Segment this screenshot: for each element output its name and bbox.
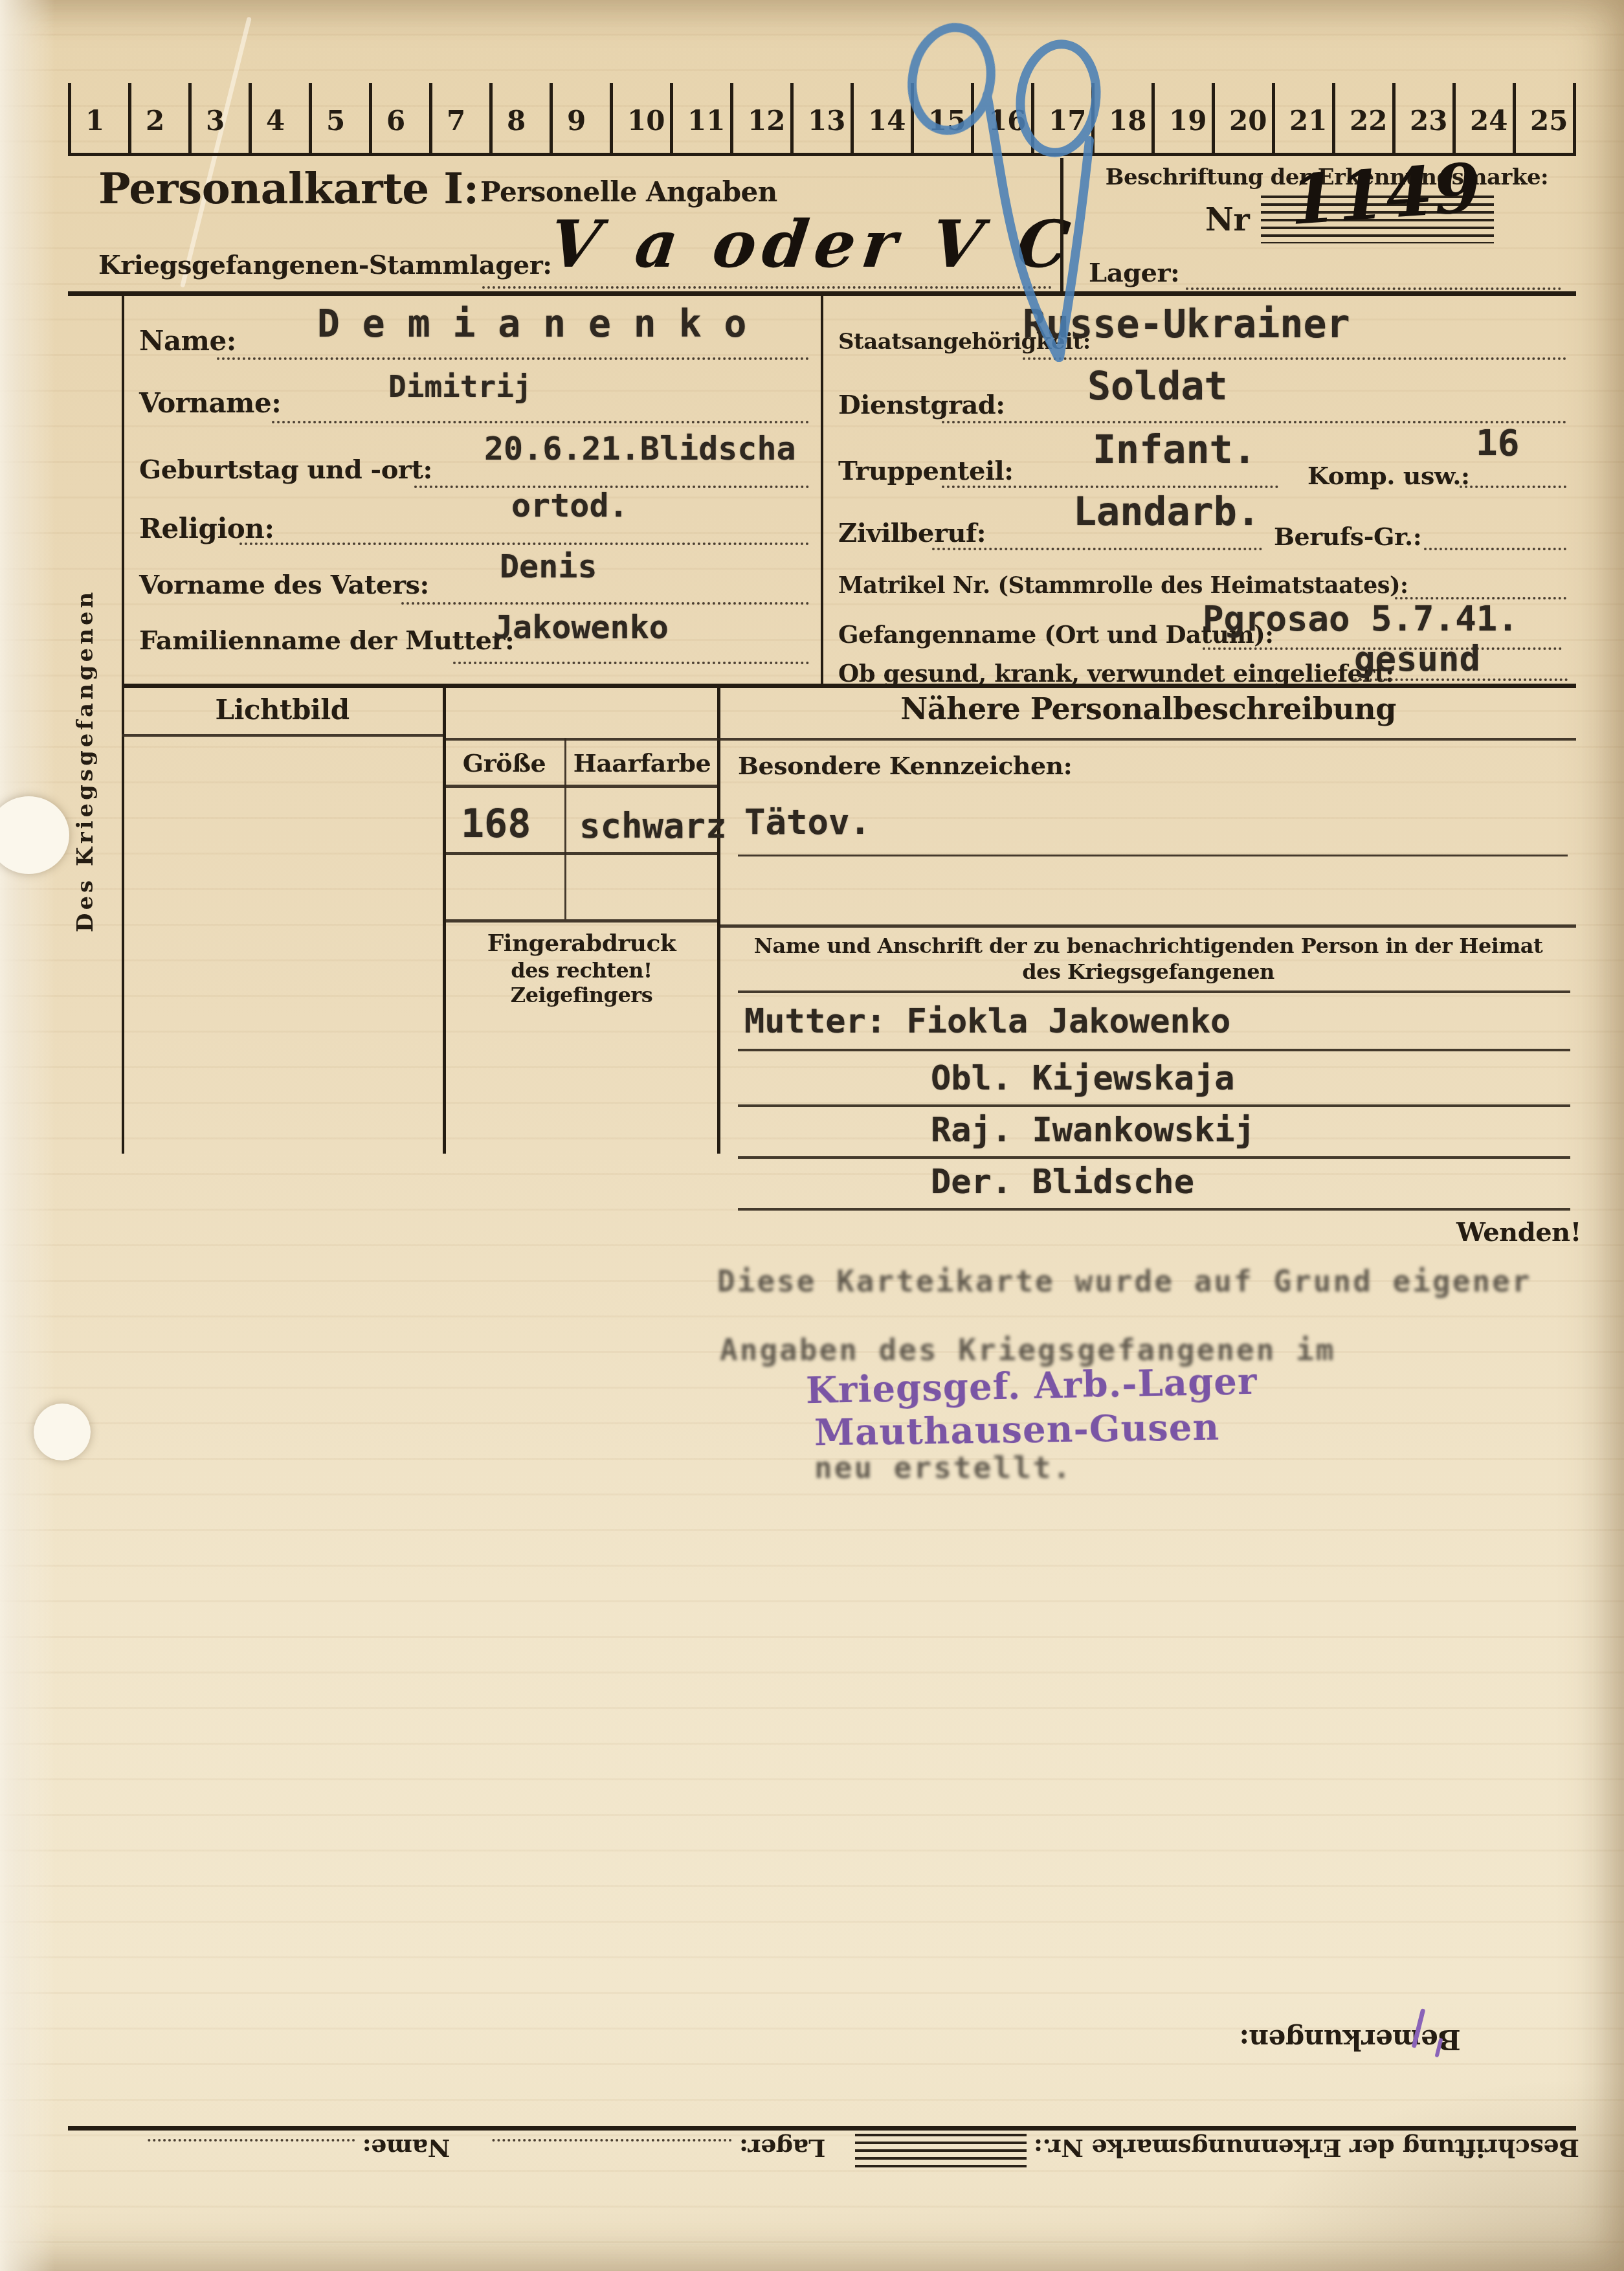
ruler: 1234567891011121314151617181920212223242… [68,83,1576,153]
contact-line: Raj. Iwankowskij [931,1111,1255,1150]
page-subtitle: Personelle Angaben [480,176,777,208]
contact-header-line1: Name und Anschrift der zu benachrichtige… [720,934,1576,958]
footer-name-label: Name: [362,2134,450,2163]
description-title-underline [446,738,1576,741]
contact-header-rule [738,990,1570,993]
contact-line: Mutter: Fiokla Jakowenko [744,1002,1230,1041]
field-line [453,662,809,664]
stamp-purple-line2: Mauthausen-Gusen [814,1406,1220,1455]
field-value: D e m i a n e n k o [317,302,746,346]
contact-rule [738,1049,1570,1051]
ruler-cell: 8 [489,83,550,153]
ruler-cell: 12 [730,83,790,153]
fingerprint-label-line2: des rechten! Zeigefingers [446,958,717,1007]
punch-hole [34,1404,91,1460]
field-value: Pgrosao 5.7.41. [1203,598,1518,639]
footer-separator [68,2126,1576,2131]
field-label: Geburtstag und -ort: [139,454,432,485]
field-value: Infant. [1093,427,1256,473]
ruler-cell: 9 [550,83,610,153]
personalkarte-document: 1234567891011121314151617181920212223242… [0,0,1624,2271]
side-vertical-label: Des Kriegsgefangenen [72,518,98,932]
field-line [239,543,809,545]
lichtbild-label: Lichtbild [122,694,443,726]
field-value: gesund [1354,638,1480,679]
footer-lager-line [492,2139,731,2142]
ruler-cell: 2 [128,83,188,153]
wenden-label: Wenden! [1456,1217,1581,1247]
stamp-purple-line1: Kriegsgef. Arb.-Lager [805,1360,1258,1413]
ruler-cell: 13 [790,83,851,153]
lichtbild-underline [122,734,443,737]
field-label: Truppenteil: [838,456,1014,486]
footer-lager-label: Lager: [739,2134,825,2163]
ruler-cell: 21 [1272,83,1332,153]
haarfarbe-value: schwarz [579,805,727,846]
ruler-cell: 4 [249,83,309,153]
field-line [1424,548,1566,550]
haarfarbe-label: Haarfarbe [568,748,716,778]
blue-pen-annotation [893,8,1172,370]
field-line [401,602,809,605]
ruler-baseline [68,153,1576,156]
field-line [932,548,1262,550]
field-value: Jakowenko [493,609,669,646]
ruler-cell: 11 [670,83,730,153]
field-extra-label: Berufs-Gr.: [1274,522,1421,551]
ruler-cell: 5 [309,83,369,153]
ruler-cell: 3 [188,83,249,153]
field-extra-label: Komp. usw.: [1307,461,1469,490]
ruler-cell: 10 [610,83,670,153]
footer-row-rotated: Beschriftung der Erkennungsmarke Nr.: La… [97,2134,1579,2182]
kennzeichen-label: Besondere Kennzeichen: [738,751,1072,780]
ruler-cell: 1 [68,83,128,153]
groesse-value: 168 [461,801,531,847]
paper-tear [0,796,69,874]
contact-top-rule [720,924,1576,928]
field-line [1354,678,1568,681]
lager-line [1186,287,1561,290]
field-label: Zivilberuf: [838,518,986,548]
contact-header-line2: des Kriegsgefangenen [720,959,1576,984]
bemerkungen-label: Bemerkungen: [1240,2024,1461,2055]
field-value: Landarb. [1073,489,1260,535]
attr-value-underline [446,852,717,855]
field-line [942,421,1566,423]
contact-rule [738,1156,1570,1159]
attr-column-divider [564,738,566,919]
attributes-divider [717,684,720,1154]
stamp-typed-line1: Diese Karteikarte wurde auf Grund eigene… [717,1264,1531,1299]
field-value: 20.6.21.Blidscha [484,430,796,467]
field-label: Vorname des Vaters: [139,570,429,600]
ruler-cell: 7 [429,83,489,153]
description-title: Nähere Personalbeschreibung [720,691,1576,726]
footer-hatch [855,2134,1027,2167]
stamp-typed-line3: neu erstellt. [814,1450,1073,1485]
attr-header-underline [446,785,717,788]
contact-line: Der. Blidsche [931,1163,1194,1202]
fingerprint-top-rule [446,919,717,923]
field-label: Matrikel Nr. (Stammrolle des Heimatstaat… [838,572,1408,599]
ruler-cell: 25 [1513,83,1576,153]
field-value: Dimitrij [388,369,532,404]
field-line [272,421,809,423]
footer-name-line [148,2139,355,2142]
nr-value: 1149 [1287,148,1484,240]
field-line [217,357,809,360]
field-value: ortod. [511,487,628,524]
ruler-cell: 20 [1212,83,1272,153]
field-label: Name: [139,325,236,357]
field-label: Vorname: [139,387,281,419]
field-value: Denis [500,548,597,585]
field-line [1460,486,1566,488]
footer-marke-label: Beschriftung der Erkennungsmarke Nr.: [1034,2134,1579,2163]
kennzeichen-underline [738,855,1568,856]
nr-label: Nr [1205,202,1249,238]
contact-line: Obl. Kijewskaja [931,1059,1235,1098]
ruler-cell: 23 [1392,83,1452,153]
ruler-cell: 22 [1332,83,1392,153]
stammlager-label: Kriegsgefangenen-Stammlager: [98,250,552,280]
kennzeichen-value: Tätov. [744,801,871,842]
worn-left-edge [0,0,55,2271]
page-title: Personalkarte I: [98,163,479,214]
ruler-cell: 24 [1452,83,1513,153]
contact-rule [738,1104,1570,1107]
contact-rule [738,1208,1570,1211]
card-column-divider [821,293,823,688]
groesse-label: Größe [446,748,562,778]
section-separator [122,684,1576,688]
ruler-cell: 6 [369,83,429,153]
field-label: Dienstgrad: [838,390,1005,420]
field-line [942,486,1278,488]
field-extra-value: 16 [1476,422,1519,464]
field-label: Religion: [139,513,274,544]
field-value: Soldat [1087,364,1228,409]
field-label: Familienname der Mutter: [139,625,514,656]
fingerprint-label-line1: Fingerabdruck [446,930,717,957]
